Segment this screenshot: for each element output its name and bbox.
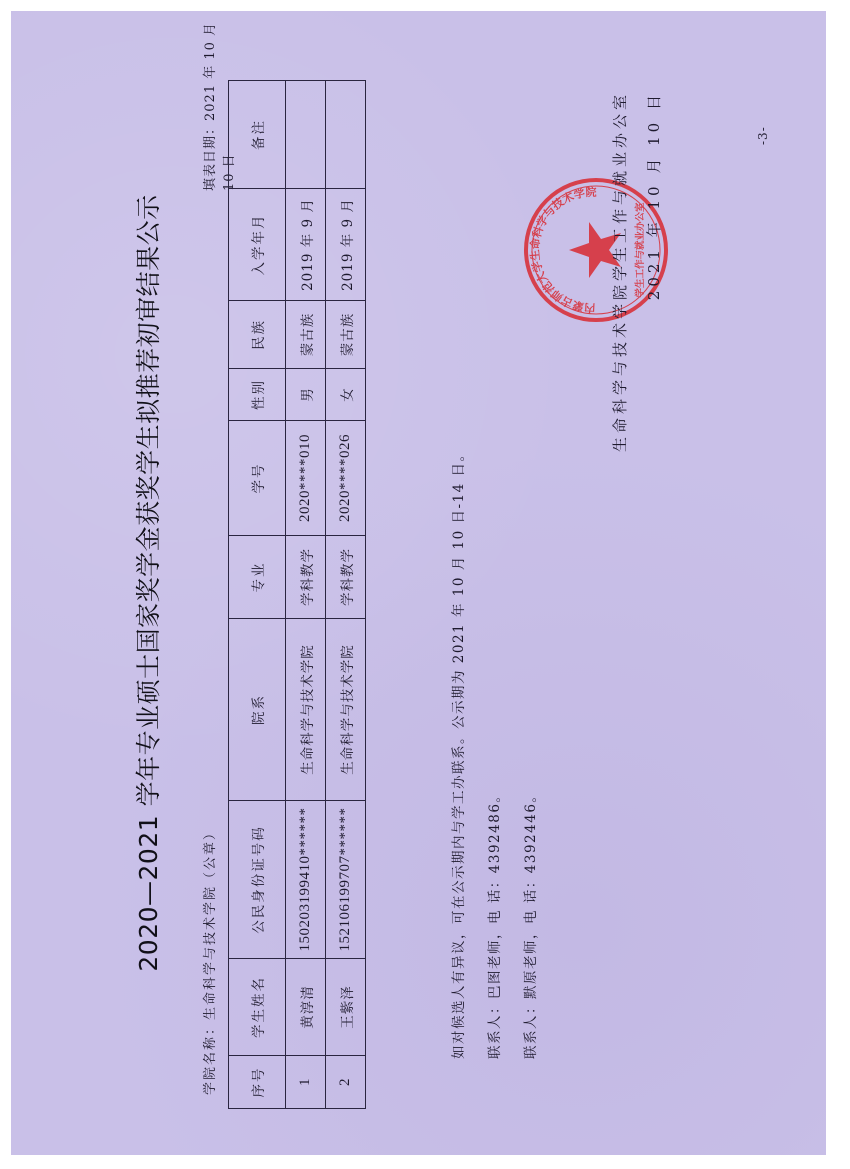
document-page: 2020—2021 学年专业硕士国家奖学金获奖学生拟推荐初审结果公示 学院名称：… [11, 11, 826, 1155]
cell-major: 学科教学 [326, 536, 366, 619]
cell-remarks [326, 81, 366, 189]
college-label: 学院名称： [203, 1020, 218, 1095]
contact-line: 联系人：默原老师，电 话：4392446。 [513, 447, 549, 1060]
svg-text:内蒙古师范大学生命科学与技术学院: 内蒙古师范大学生命科学与技术学院 [527, 185, 596, 315]
page-title: 2020—2021 学年专业硕士国家奖学金获奖学生拟推荐初审结果公示 [129, 11, 165, 1155]
cell-remarks [286, 81, 326, 189]
table-row: 2 王紫泽 152106199707****** 生命科学与技术学院 学科教学 … [326, 81, 366, 1109]
cell-id-number: 152106199707****** [326, 801, 366, 959]
cell-major: 学科教学 [286, 536, 326, 619]
header-remarks: 备注 [229, 81, 286, 189]
cell-student-id: 2020****010 [286, 421, 326, 536]
college-value: 生命科学与技术学院（公章） [203, 825, 218, 1020]
cell-student-id: 2020****026 [326, 421, 366, 536]
table-row: 1 黄淳清 150203199410****** 生命科学与技术学院 学科教学 … [286, 81, 326, 1109]
header-name: 学生姓名 [229, 959, 286, 1056]
signature-block: 生命科学与技术学院学生工作与就业办公室 2021 年 10 月 10 日 [603, 91, 671, 471]
cell-ethnicity: 蒙古族 [286, 301, 326, 369]
issue-date: 2021 年 10 月 10 日 [637, 91, 671, 471]
cell-gender: 男 [286, 369, 326, 421]
cell-name: 黄淳清 [286, 959, 326, 1056]
seal-text: 内蒙古师范大学生命科学与技术学院 [527, 185, 596, 315]
header-index: 序号 [229, 1056, 286, 1109]
header-student-id: 学号 [229, 421, 286, 536]
header-department: 院系 [229, 619, 286, 801]
cell-ethnicity: 蒙古族 [326, 301, 366, 369]
cell-index: 2 [326, 1056, 366, 1109]
cell-department: 生命科学与技术学院 [326, 619, 366, 801]
cell-gender: 女 [326, 369, 366, 421]
cell-enrollment: 2019 年 9 月 [286, 189, 326, 301]
cell-enrollment: 2019 年 9 月 [326, 189, 366, 301]
issuing-office: 生命科学与技术学院学生工作与就业办公室 [603, 91, 637, 471]
cell-department: 生命科学与技术学院 [286, 619, 326, 801]
recommendation-table: 序号 学生姓名 公民身份证号码 院系 专业 学号 性别 民族 入学年月 备注 1… [228, 80, 366, 1109]
cell-id-number: 150203199410****** [286, 801, 326, 959]
page-number: -3- [756, 126, 770, 145]
college-name: 学院名称：生命科学与技术学院（公章） [199, 825, 218, 1095]
contact-line: 联系人：巴图老师，电 话：4392486。 [477, 447, 513, 1060]
notes-block: 如对候选人有异议，可在公示期内与学工办联系。公示期为 2021 年 10 月 1… [441, 447, 549, 1060]
scanned-page: 2020—2021 学年专业硕士国家奖学金获奖学生拟推荐初审结果公示 学院名称：… [11, 11, 826, 1155]
objection-note: 如对候选人有异议，可在公示期内与学工办联系。公示期为 2021 年 10 月 1… [441, 447, 477, 1060]
header-ethnicity: 民族 [229, 301, 286, 369]
cell-index: 1 [286, 1056, 326, 1109]
header-enrollment: 入学年月 [229, 189, 286, 301]
table-header-row: 序号 学生姓名 公民身份证号码 院系 专业 学号 性别 民族 入学年月 备注 [229, 81, 286, 1109]
cell-name: 王紫泽 [326, 959, 366, 1056]
fill-date-label: 填表日期： [203, 121, 218, 191]
header-id-number: 公民身份证号码 [229, 801, 286, 959]
header-major: 专业 [229, 536, 286, 619]
header-gender: 性别 [229, 369, 286, 421]
